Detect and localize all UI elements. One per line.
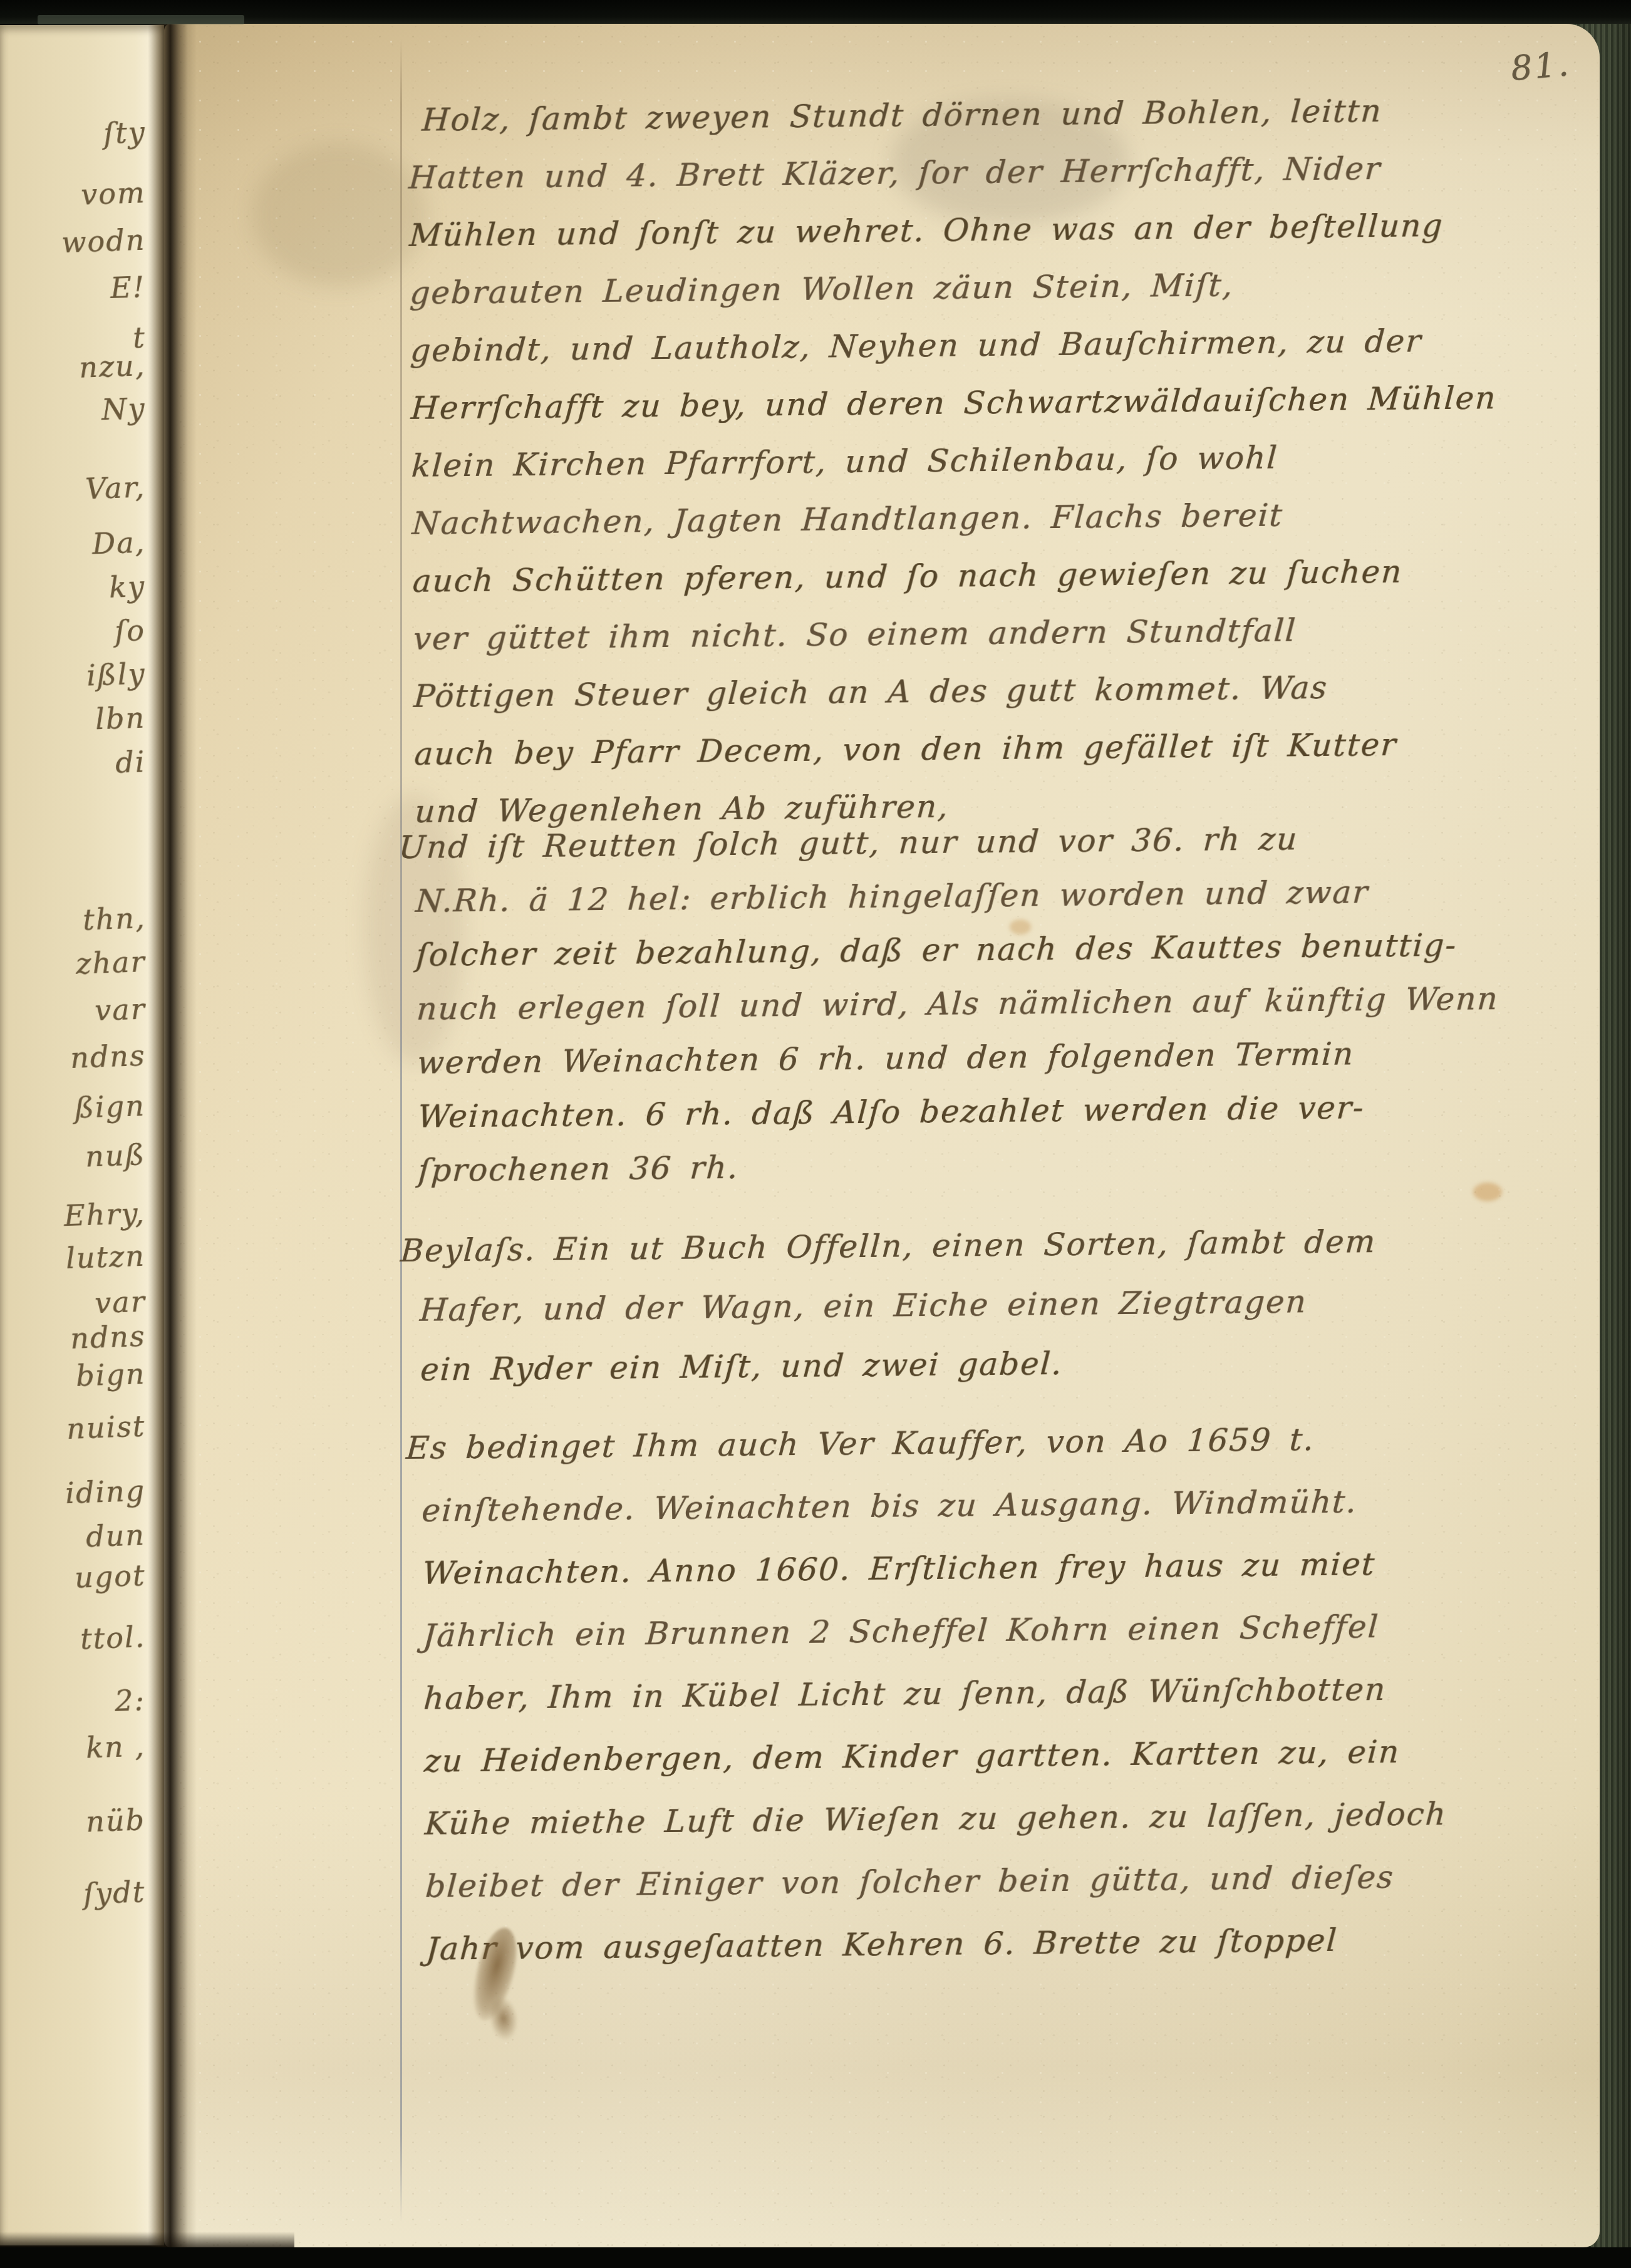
facing-page-fragment: ugot [74,1558,146,1595]
handwriting-line: gebrauten Leudingen Wollen zäun Stein, M… [408,254,1498,322]
handwriting-line: nuch erlegen ſoll und wird, Als nämliche… [415,971,1501,1036]
handwriting-line: Kühe miethe Luft die Wieſen zu gehen. zu… [423,1783,1449,1855]
facing-page-fragment: ndns [70,1038,146,1075]
facing-page-fragment: dun [85,1518,146,1553]
handwriting-line: gebindt, und Lautholz, Neyhen und Bauſch… [409,311,1498,380]
handwriting-line: Nachtwachen, Jagten Handtlangen. Flachs … [410,484,1499,552]
handwriting-line: Beylaſs. Ein ut Buch Offelln, einen Sort… [398,1212,1378,1281]
facing-page-fragment: kn , [85,1729,146,1764]
handwriting-line: Es bedinget Ihm auch Ver Kauffer, von Ao… [404,1407,1445,1479]
handwriting-line: Jährlich ein Brunnen 2 Scheffel Kohrn ei… [421,1595,1447,1667]
facing-page-fragment: var [94,992,146,1028]
handwriting-line: ein Ryder ein Miſt, und zwei gabel. [418,1331,1379,1400]
handwriting-line: N.Rh. ä 12 hel: erblich hingelaſſen word… [414,864,1499,928]
book-scan: ſtyvomwodnE!tnzu,NyVar,Da,kyſoißlylbndit… [0,0,1631,2268]
facing-page-fragment: ſty [103,115,146,150]
handwriting-paragraph: Beylaſs. Ein ut Buch Offelln, einen Sort… [417,1212,1375,1400]
facing-page-fragment: lbn [95,701,146,737]
handwriting-line: ver güttet ihm nicht. So einem andern St… [412,599,1501,668]
scanner-bottom-edge [0,2247,1631,2268]
underlying-page-sliver [38,15,244,24]
handwriting-paragraph: Es bedinget Ihm auch Ver Kauffer, von Ao… [418,1407,1446,1981]
handwriting-line: werden Weinachten 6 rh. und den folgende… [415,1025,1501,1090]
facing-page-fragment: vom [80,175,146,212]
handwriting-line: Und iſt Reutten ſolch gutt, nur und vor … [397,810,1499,874]
handwriting-line: auch Schütten pferen, und ſo nach gewieſ… [411,542,1500,610]
facing-page-fragment: ißly [86,656,146,692]
handwriting-line: Hafer, und der Wagn, ein Eiche einen Zie… [418,1271,1379,1340]
handwriting-line: Holz, ſambt zweyen Stundt dörnen und Boh… [420,81,1496,148]
facing-page-fragment: nzu, [78,348,146,385]
handwriting-line: zu Heidenbergen, dem Kinder gartten. Kar… [422,1720,1448,1793]
facing-page-fragment: nuß [85,1137,146,1173]
facing-page-fragment: thn, [82,901,146,936]
facing-page-fragment: Var, [85,470,146,505]
facing-page-fragment: ßign [75,1089,146,1125]
facing-page-fragment: lutzn [65,1239,145,1275]
handwriting-line: auch bey Pfarr Decem, von den ihm gefäll… [413,715,1502,783]
facing-page-fragment: di [115,745,146,780]
facing-page-fragment: ndns [70,1319,146,1355]
handwriting-line: bleibet der Einiger von ſolcher bein güt… [423,1845,1449,1918]
gutter-shadow [148,23,197,2249]
manuscript-page: 81. Holz, ſambt zweyen Stundt dörnen und… [164,24,1600,2247]
facing-page-fragment: Ny [101,391,146,427]
facing-page-fragment: nuist [66,1409,146,1446]
handwriting-line: Weinachten. 6 rh. daß Alſo bezahlet werd… [416,1079,1501,1144]
handwriting-line: einſtehende. Weinachten bis zu Ausgang. … [420,1469,1446,1542]
handwriting-paragraph: Und iſt Reutten ſolch gutt, nur und vor … [413,810,1498,1198]
scanner-top-edge [0,0,1631,24]
facing-page-fragment: Da, [91,526,146,561]
handwriting-line: haber, Ihm in Kübel Licht zu ſenn, daß W… [422,1657,1447,1730]
facing-page-fragment: iding [65,1474,146,1510]
facing-page-fragment: Ehry, [63,1196,146,1233]
handwriting-line: Hatten und 4. Brett Kläzer, ſor der Herr… [407,138,1496,207]
handwriting-layer: Holz, ſambt zweyen Stundt dörnen und Boh… [162,13,1619,2250]
facing-page-fragment: 2: [114,1683,146,1718]
facing-page-fragment: ſydt [83,1875,146,1910]
facing-page-fragment: zhar [75,945,146,981]
handwriting-line: Mühlen und ſonſt zu wehret. Ohne was an … [408,196,1497,264]
facing-page-fragment: ſo [114,613,146,648]
facing-page-fragment: E! [110,270,146,305]
facing-page-fragment: bign [75,1357,146,1393]
facing-page-fragment: ttol. [80,1620,146,1656]
facing-page-fragment: nüb [85,1803,146,1838]
handwriting-line: ſprochenen 36 rh. [417,1133,1502,1198]
handwriting-line: klein Kirchen Pfarrfort, und Schilenbau,… [410,427,1499,495]
handwriting-line: Weinachten. Anno 1660. Erſtlichen frey h… [420,1532,1446,1605]
handwriting-line: ſolcher zeit bezahlung, daß er nach des … [415,918,1500,982]
handwriting-line: Jahr vom ausgeſaatten Kehren 6. Brette z… [424,1908,1450,1981]
handwriting-line: Pöttigen Steuer gleich an A des gutt kom… [412,657,1501,725]
handwriting-line: Herrſchafft zu bey, und deren Schwartzwä… [409,369,1498,437]
facing-page-fragment: ky [108,569,146,604]
handwriting-paragraph: Holz, ſambt zweyen Stundt dörnen und Boh… [406,81,1499,841]
facing-page-fragment: wodn [61,223,146,260]
facing-page-fragment: var [94,1285,146,1320]
